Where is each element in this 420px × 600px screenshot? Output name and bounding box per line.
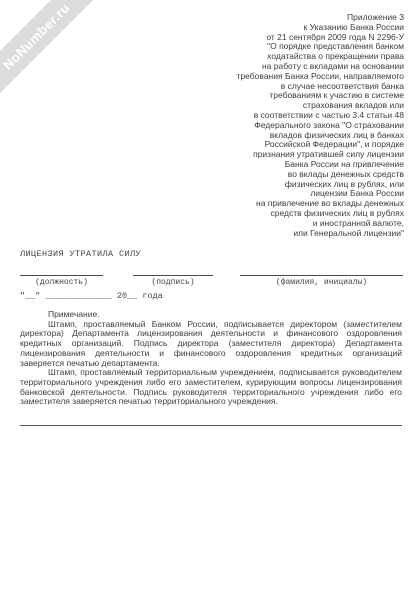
signature-label-name: (фамилия, инициалы) [240,276,403,287]
signature-line-sign [133,267,213,276]
appendix-header: Приложение 3 к Указанию Банка России от … [237,13,404,238]
signature-label-position: (должность) [20,276,103,287]
signature-column-sign: (подпись) [133,267,213,287]
signature-label-sign: (подпись) [133,276,213,287]
watermark-ribbon: NoNumber.ru [0,0,103,103]
signature-line-name [240,267,403,276]
signature-row: (должность) (подпись) (фамилия, инициалы… [20,267,404,287]
notes-section: Примечание. Штамп, проставляемый Банком … [20,310,402,407]
signature-column-name: (фамилия, инициалы) [240,267,403,287]
bottom-rule [20,425,402,426]
signature-line-position [20,267,103,276]
notes-paragraph-territorial: Штамп, проставляемый территориальным учр… [20,368,402,407]
stamp-title: ЛИЦЕНЗИЯ УТРАТИЛА СИЛУ [20,249,141,259]
watermark-text: NoNumber.ru [0,0,72,72]
date-line: "__" _____________ 20__ года [20,291,163,301]
signature-column-position: (должность) [20,267,103,287]
notes-paragraph-bank-russia: Штамп, проставляемый Банком России, подп… [20,320,402,369]
